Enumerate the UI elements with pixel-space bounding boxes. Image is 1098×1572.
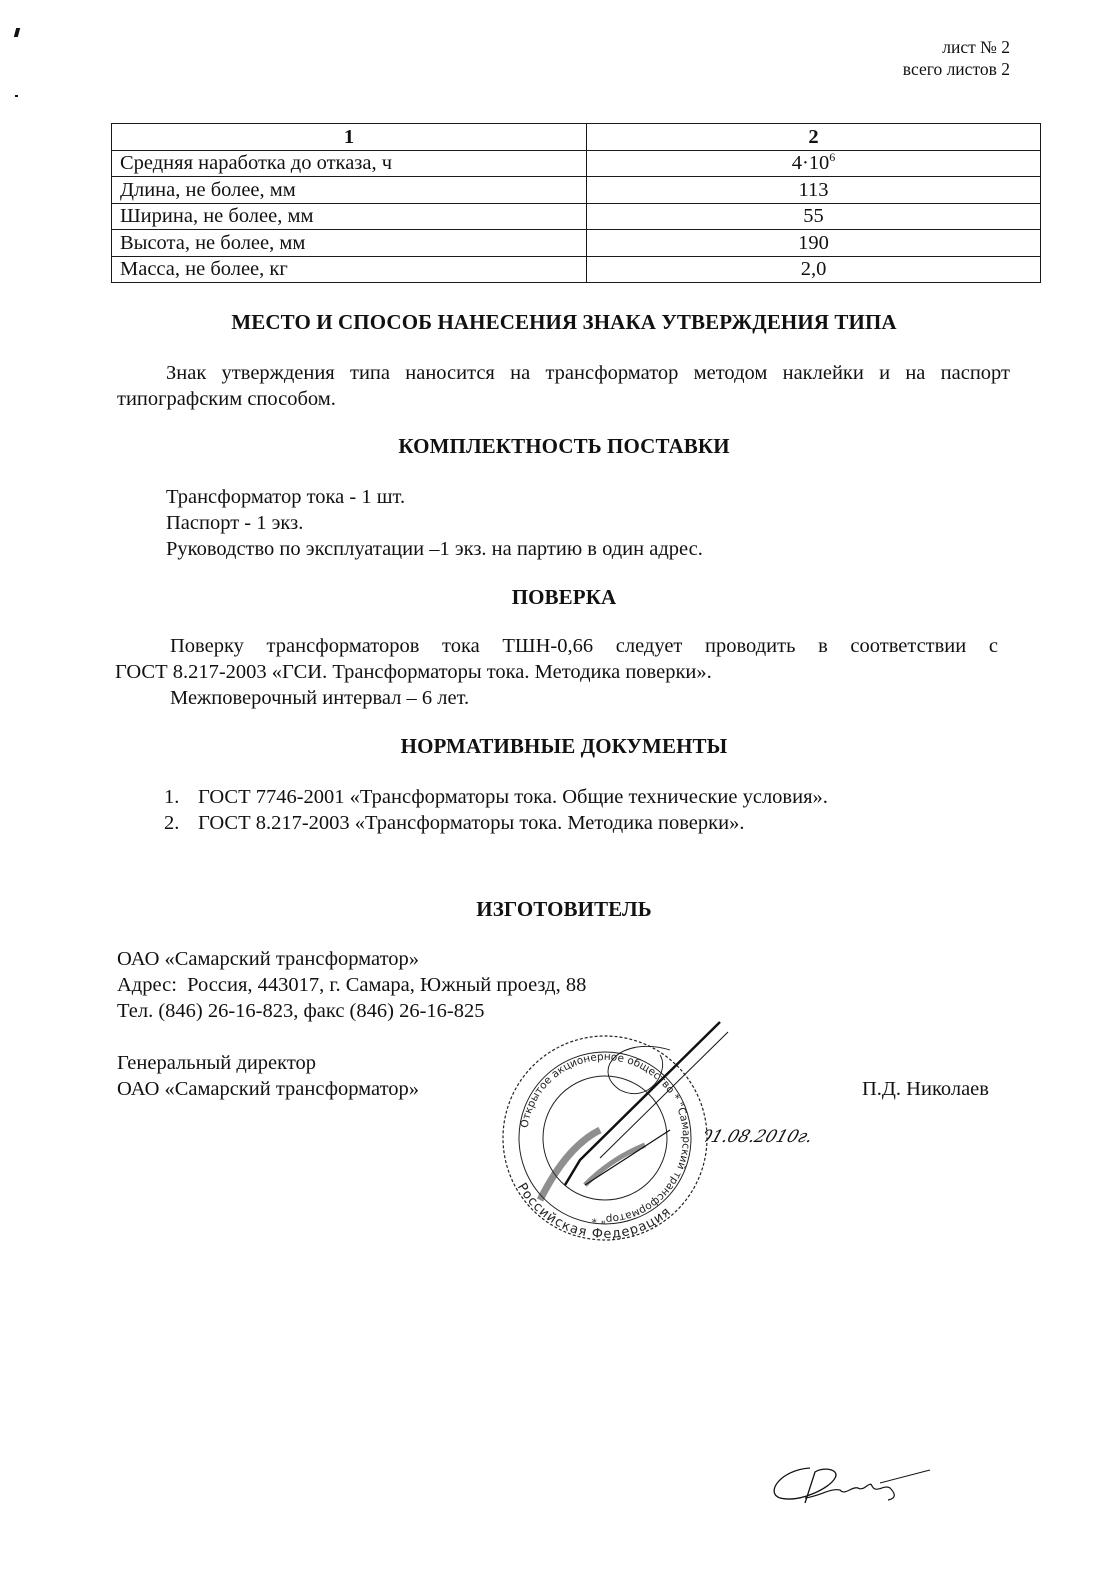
value-cell: 113 xyxy=(587,177,1041,204)
table-header-cell: 1 xyxy=(112,124,587,151)
table-row: Ширина, не более, мм 55 xyxy=(112,203,1041,230)
normative-item: 2.ГОСТ 8.217-2003 «Трансформаторы тока. … xyxy=(164,810,744,836)
scan-speck xyxy=(14,28,20,37)
official-stamp-icon: Российская Федерация Открытое акционерно… xyxy=(470,1010,740,1250)
signer-position: Генеральный директор xyxy=(117,1050,316,1076)
handwritten-date: 01.08.2010г. xyxy=(705,1127,815,1146)
value-base: 4·10 xyxy=(792,152,830,174)
param-cell: Ширина, не более, мм xyxy=(112,203,587,230)
table-header-row: 1 2 xyxy=(112,124,1041,151)
table-header-cell: 2 xyxy=(587,124,1041,151)
completeness-item: Паспорт - 1 экз. xyxy=(166,510,303,536)
total-sheets: всего листов 2 xyxy=(903,58,1010,80)
normative-item-text: ГОСТ 7746-2001 «Трансформаторы тока. Общ… xyxy=(198,786,828,808)
param-cell: Масса, не более, кг xyxy=(112,256,587,283)
value-cell: 190 xyxy=(587,230,1041,257)
completeness-item: Руководство по эксплуатации –1 экз. на п… xyxy=(166,536,703,562)
scan-speck xyxy=(15,95,18,97)
table-row: Высота, не более, мм 190 xyxy=(112,230,1041,257)
section-title-normative: НОРМАТИВНЫЕ ДОКУМЕНТЫ xyxy=(0,734,1098,759)
completeness-item: Трансформатор тока - 1 шт. xyxy=(166,484,405,510)
page-number-info: лист № 2 всего листов 2 xyxy=(903,36,1010,80)
manufacturer-address: Адрес: Россия, 443017, г. Самара, Южный … xyxy=(117,972,586,998)
verification-text-line-1: Поверку трансформаторов тока ТШН-0,66 сл… xyxy=(170,633,998,659)
section-title-mark: МЕСТО И СПОСОБ НАНЕСЕНИЯ ЗНАКА УТВЕРЖДЕН… xyxy=(0,310,1098,335)
verification-text-line-2: ГОСТ 8.217-2003 «ГСИ. Трансформаторы ток… xyxy=(115,659,712,685)
normative-item: 1.ГОСТ 7746-2001 «Трансформаторы тока. О… xyxy=(164,784,828,810)
sheet-number: лист № 2 xyxy=(903,36,1010,58)
value-exponent: 6 xyxy=(829,150,835,164)
normative-item-number: 1. xyxy=(164,784,198,810)
spec-table: 1 2 Средняя наработка до отказа, ч 4·106… xyxy=(111,123,1041,283)
signer-company: ОАО «Самарский трансформатор» xyxy=(117,1076,419,1102)
verification-interval: Межповерочный интервал – 6 лет. xyxy=(170,685,469,711)
section-title-verification: ПОВЕРКА xyxy=(0,585,1098,610)
manufacturer-phone: Тел. (846) 26-16-823, факс (846) 26-16-8… xyxy=(117,998,485,1024)
value-cell: 2,0 xyxy=(587,256,1041,283)
manufacturer-name: ОАО «Самарский трансформатор» xyxy=(117,946,419,972)
signer-name: П.Д. Николаев xyxy=(862,1076,989,1102)
section-title-completeness: КОМПЛЕКТНОСТЬ ПОСТАВКИ xyxy=(0,434,1098,459)
table-row: Масса, не более, кг 2,0 xyxy=(112,256,1041,283)
value-cell: 4·106 xyxy=(587,150,1041,177)
mark-text-line-2: типографским способом. xyxy=(117,386,336,412)
handwritten-date-icon: 01.08.2010г. xyxy=(705,1118,855,1158)
normative-item-text: ГОСТ 8.217-2003 «Трансформаторы тока. Ме… xyxy=(198,812,744,834)
normative-item-number: 2. xyxy=(164,810,198,836)
param-cell: Длина, не более, мм xyxy=(112,177,587,204)
table-row: Длина, не более, мм 113 xyxy=(112,177,1041,204)
param-cell: Высота, не более, мм xyxy=(112,230,587,257)
signature-initials-icon xyxy=(760,1458,940,1518)
param-cell: Средняя наработка до отказа, ч xyxy=(112,150,587,177)
mark-text-line-1: Знак утверждения типа наносится на транс… xyxy=(166,360,1010,386)
value-cell: 55 xyxy=(587,203,1041,230)
table-row: Средняя наработка до отказа, ч 4·106 xyxy=(112,150,1041,177)
section-title-manufacturer: ИЗГОТОВИТЕЛЬ xyxy=(0,897,1098,922)
